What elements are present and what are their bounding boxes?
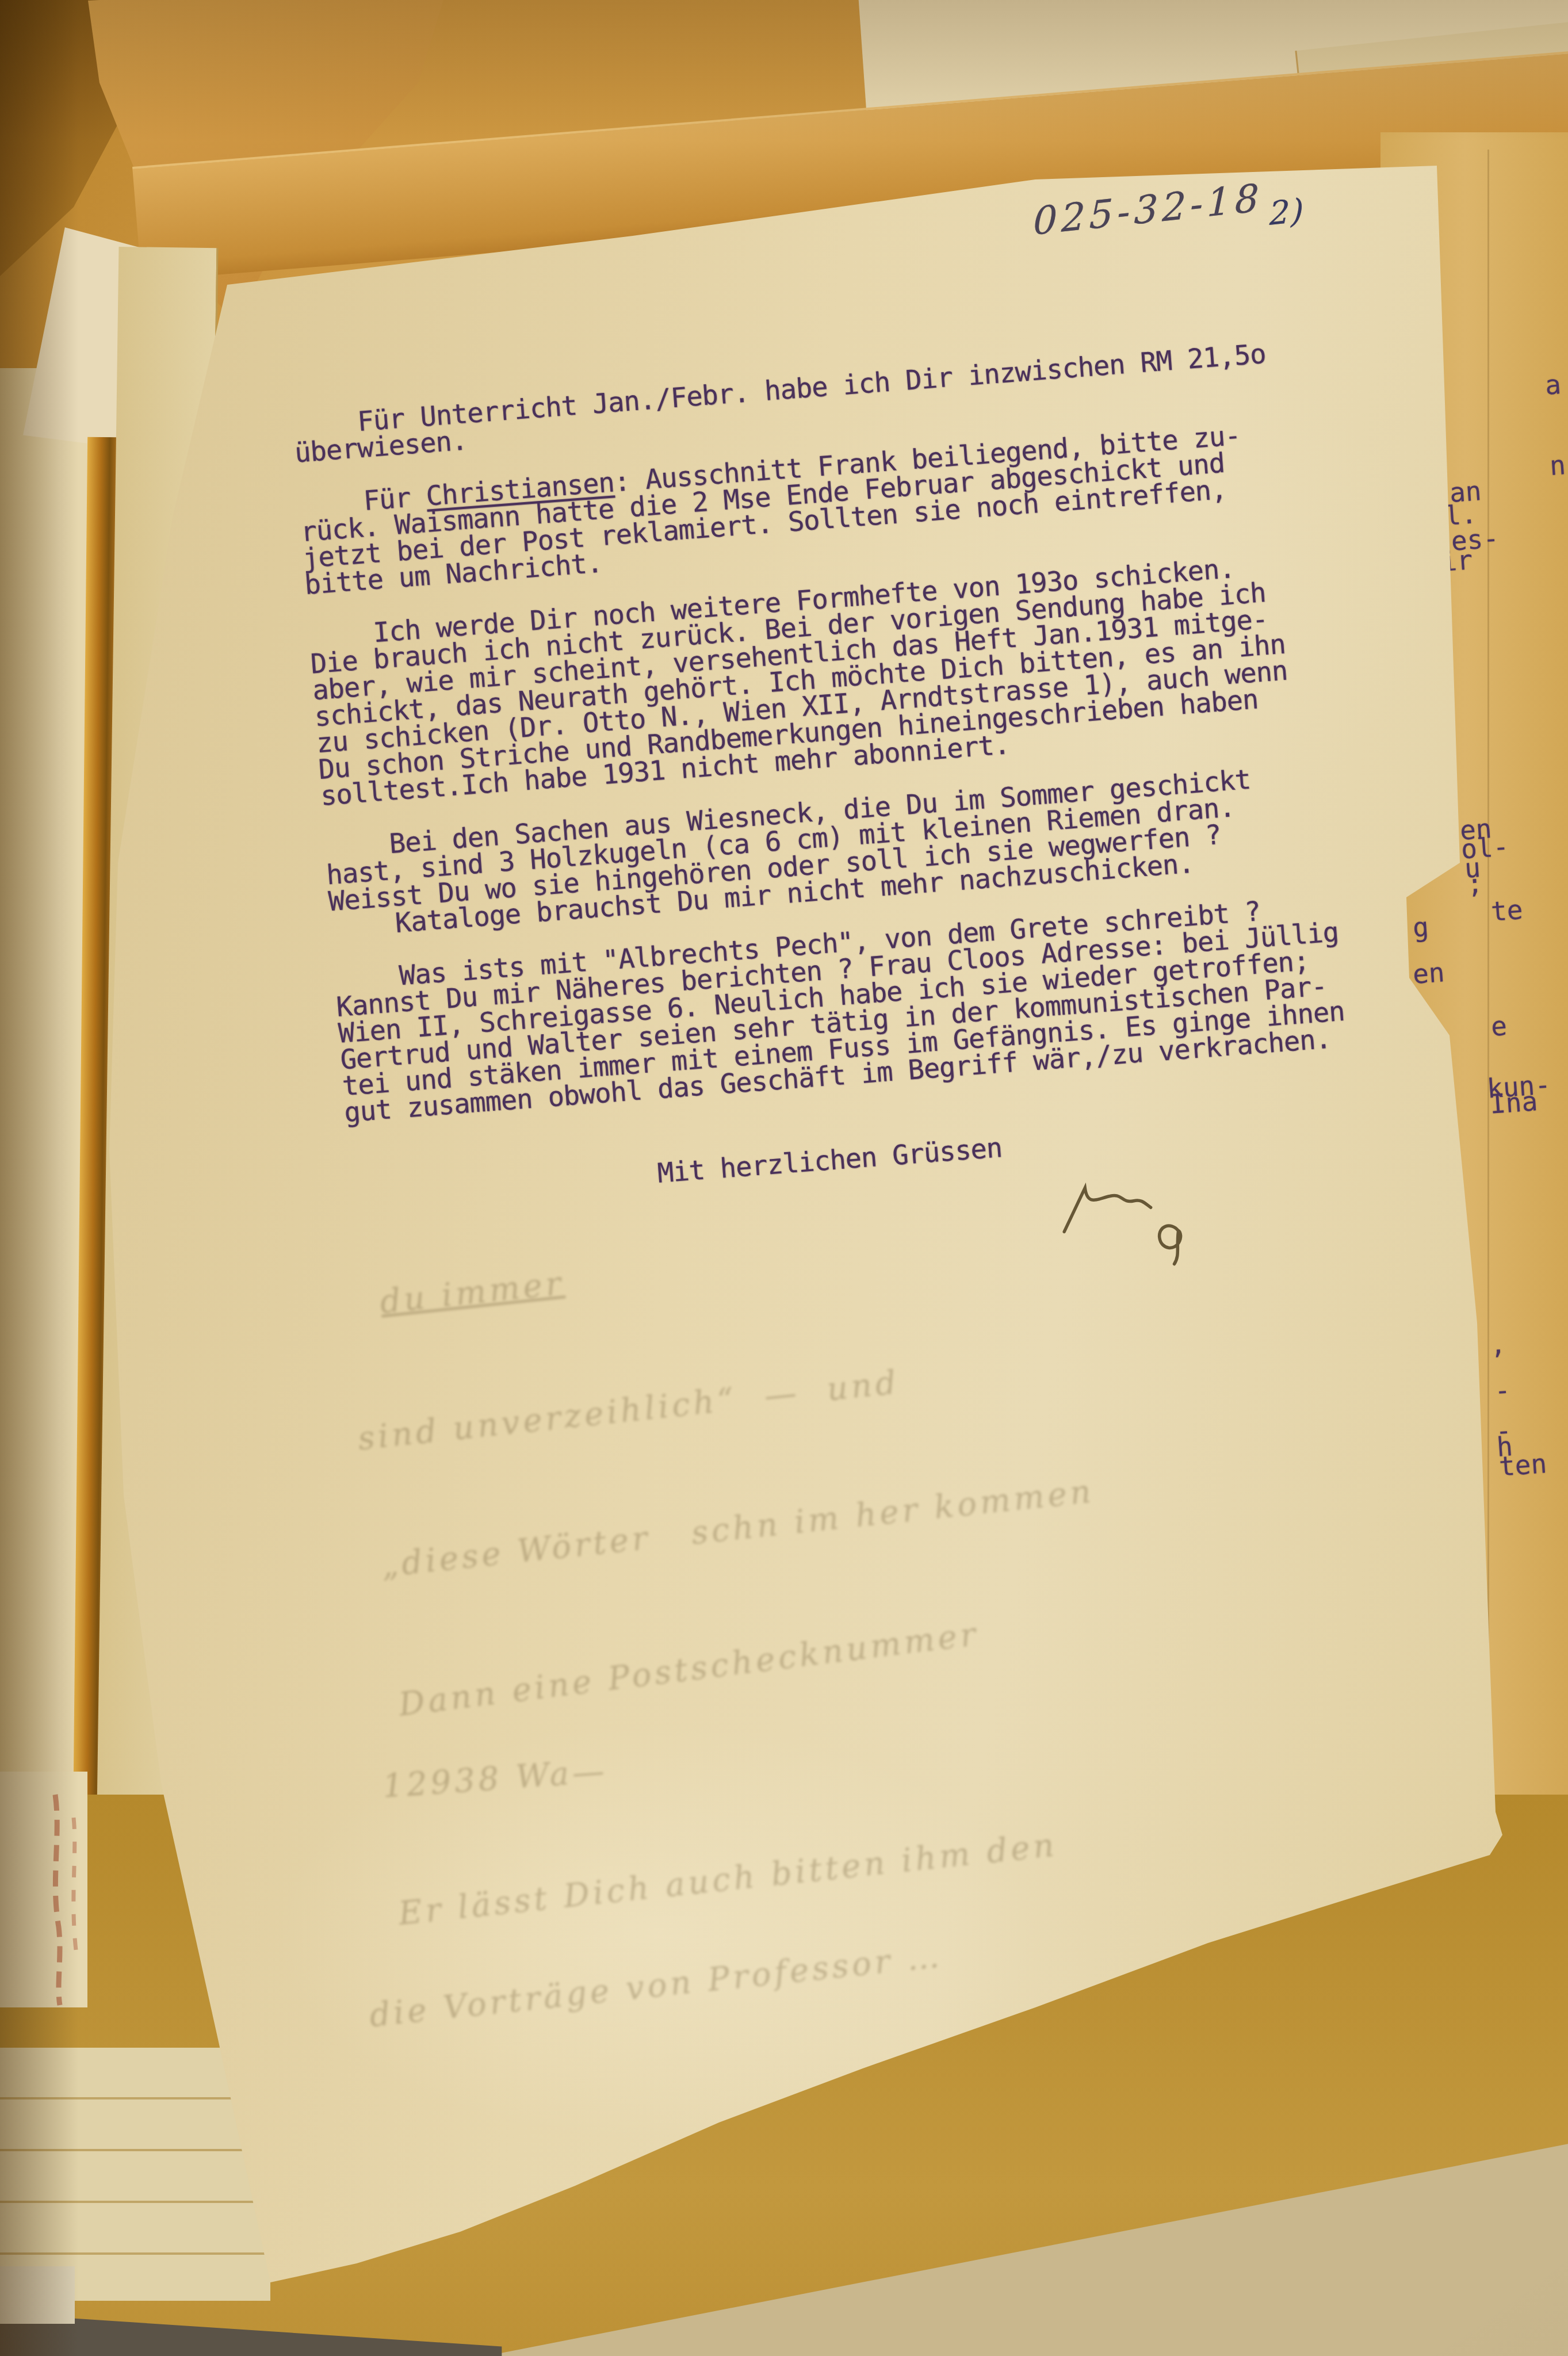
letter-body: Für Unterricht Jan./Febr. habe ich Dir i… — [290, 310, 1505, 1210]
pencil-note-line: du immer — [378, 1264, 566, 1321]
pale-paper-tab — [0, 2266, 75, 2324]
typed-fragment: , — [1489, 1328, 1506, 1360]
pencil-note-line: „diese Wörter schn im her kommen — [380, 1472, 1096, 1585]
red-pencil-marks — [6, 1783, 98, 2013]
signature-squiggle — [1053, 1172, 1242, 1279]
typed-fragment: g — [1412, 911, 1429, 943]
typed-fragment: n — [1548, 449, 1566, 481]
typed-fragment: e — [1490, 1010, 1508, 1042]
pencil-note-line: die Vorträge von Professor … — [368, 1937, 944, 2034]
typed-fragment: ; — [1466, 867, 1483, 900]
typed-fragment: Ina — [1489, 1085, 1539, 1120]
typed-fragment: a — [1544, 369, 1562, 401]
typed-fragment: te — [1490, 894, 1524, 927]
archive-photo: ananl.ges-irenol-u;tegen.ekun-Ina,--hten… — [0, 0, 1568, 2356]
pencil-note-line: Er lässt Dich auch bitten ihm den — [397, 1826, 1059, 1933]
pencil-note-line: 12938 Wa— — [381, 1752, 609, 1805]
pencil-note-line: Dann eine Postschecknummer — [397, 1615, 981, 1723]
typed-fragment: - — [1493, 1374, 1511, 1406]
typed-fragment: ten — [1498, 1448, 1548, 1482]
archive-number-annotation: 025-32-182) — [1033, 171, 1306, 244]
archive-number: 025-32-18 — [1033, 175, 1264, 244]
pencil-note-line: sind unverzeihlich“ — und — [356, 1364, 901, 1458]
page-marker: 2) — [1269, 192, 1305, 233]
